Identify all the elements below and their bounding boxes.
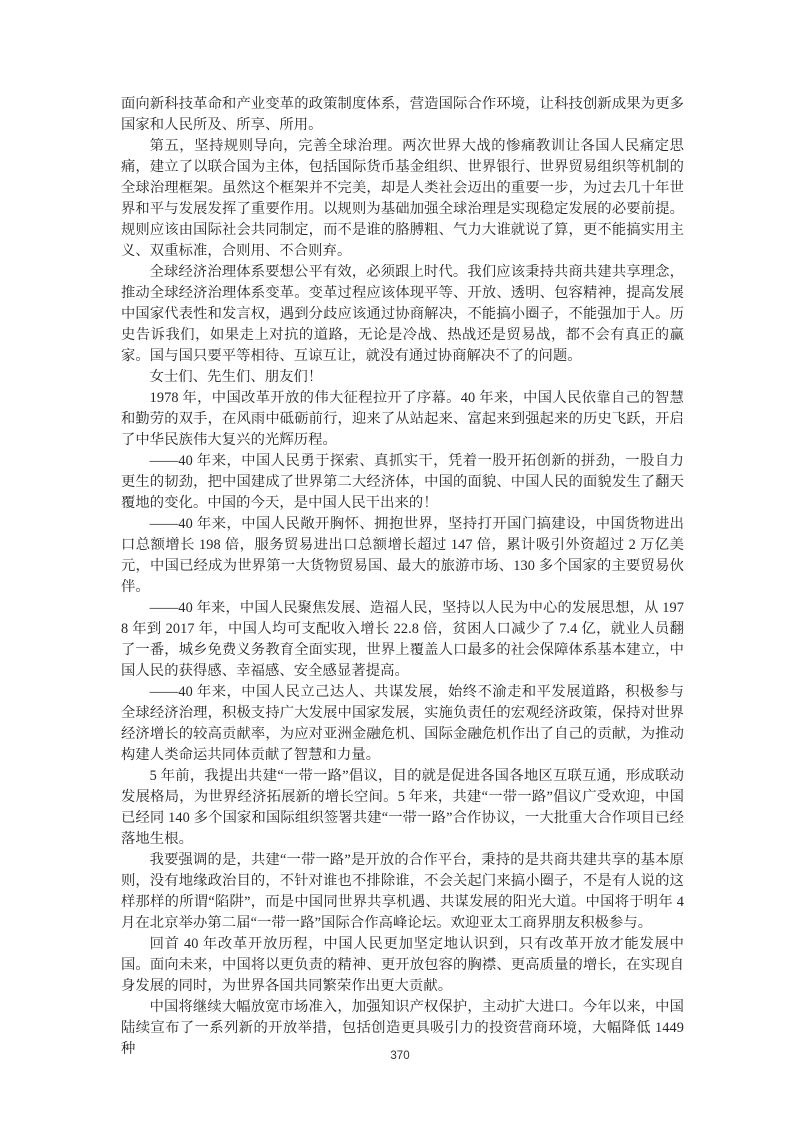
document-body: 面向新科技革命和产业变革的政策制度体系，营造国际合作环境，让科技创新成果为更多国… bbox=[121, 94, 684, 1060]
paragraph-salutation: 女士们、先生们、朋友们！ bbox=[121, 367, 684, 388]
paragraph: 第五，坚持规则导向，完善全球治理。两次世界大战的惨痛教训让各国人民痛定思痛，建立… bbox=[121, 136, 684, 262]
page-number: 370 bbox=[0, 1050, 800, 1062]
paragraph: 全球经济治理体系要想公平有效，必须跟上时代。我们应该秉持共商共建共享理念，推动全… bbox=[121, 262, 684, 367]
paragraph-continuation: 面向新科技革命和产业变革的政策制度体系，营造国际合作环境，让科技创新成果为更多国… bbox=[121, 94, 684, 136]
paragraph: 我要强调的是，共建“一带一路”是开放的合作平台，秉持的是共商共建共享的基本原则，… bbox=[121, 850, 684, 934]
paragraph: 5 年前，我提出共建“一带一路”倡议，目的就是促进各国各地区互联互通，形成联动发… bbox=[121, 766, 684, 850]
paragraph-dash-item: ——40 年来，中国人民立己达人、共谋发展，始终不渝走和平发展道路，积极参与全球… bbox=[121, 682, 684, 766]
paragraph: 1978 年，中国改革开放的伟大征程拉开了序幕。40 年来，中国人民依靠自己的智… bbox=[121, 388, 684, 451]
paragraph-dash-item: ——40 年来，中国人民聚焦发展、造福人民，坚持以人民为中心的发展思想，从 19… bbox=[121, 598, 684, 682]
paragraph-dash-item: ——40 年来，中国人民敞开胸怀、拥抱世界，坚持打开国门搞建设，中国货物进出口总… bbox=[121, 514, 684, 598]
paragraph: 回首 40 年改革开放历程，中国人民更加坚定地认识到，只有改革开放才能发展中国。… bbox=[121, 934, 684, 997]
paragraph-dash-item: ——40 年来，中国人民勇于探索、真抓实干，凭着一股开拓创新的拼劲，一股自力更生… bbox=[121, 451, 684, 514]
document-page: 面向新科技革命和产业变革的政策制度体系，营造国际合作环境，让科技创新成果为更多国… bbox=[0, 0, 800, 1133]
